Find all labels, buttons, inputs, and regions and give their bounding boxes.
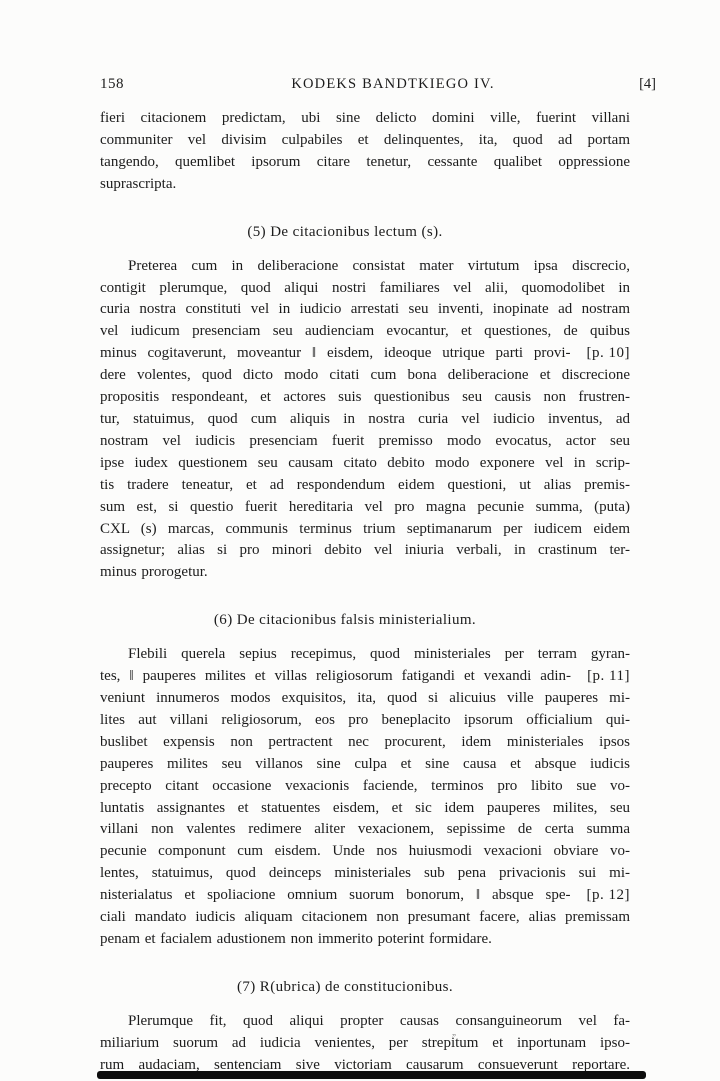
paragraph: Flebili querela sepius recepimus, quod m… — [100, 644, 630, 951]
text-line-content: penam et facialem adustionem non immerit… — [100, 929, 630, 951]
text-line-content: Preterea cum in deliberacione consistat … — [100, 256, 630, 278]
text-line: assignetur; alias si pro minori debito v… — [100, 540, 630, 562]
text-line-content: Flebili querela sepius recepimus, quod m… — [100, 644, 630, 666]
page-reference: [p. 10] — [587, 343, 631, 365]
text-line-content: tis tradere teneatur, et ad respondendum… — [100, 475, 630, 497]
text-line-content: tes, ‖ pauperes milites et villas religi… — [100, 666, 587, 688]
page-header: 158 KODEKS BANDTKIEGO IV. [4] — [100, 76, 656, 93]
text-line-content: propositis respondeant, et actores suis … — [100, 387, 630, 409]
text-line-content: fieri citacionem predictam, ubi sine del… — [100, 108, 630, 130]
text-line: ipse iudex questionem seu causam citato … — [100, 453, 630, 475]
text-line: tur, statuimus, quod cum aliquis in nost… — [100, 409, 630, 431]
text-line: nisterialatus et spoliacione omnium suor… — [100, 885, 630, 907]
text-line-content: nostram vel iudicis presenciam fuerit pr… — [100, 431, 630, 453]
text-line: tes, ‖ pauperes milites et villas religi… — [100, 666, 630, 688]
text-line-content: sum est, si questio fuerit hereditaria v… — [100, 497, 630, 519]
text-line-content: lites aut villani religiosorum, eos pro … — [100, 710, 630, 732]
text-line: miliarium suorum ad iudicia venientes, p… — [100, 1033, 630, 1055]
text-line-content: dere volentes, quod dicto modo citati cu… — [100, 365, 630, 387]
text-line: lentes, statuimus, quod deinceps ministe… — [100, 863, 630, 885]
folio-mark: [4] — [596, 76, 656, 93]
text-line: tangendo, quemlibet ipsorum citare tenet… — [100, 152, 630, 174]
section-heading: (6) De citacionibus falsis ministerialiu… — [100, 609, 590, 631]
text-line-content: tangendo, quemlibet ipsorum citare tenet… — [100, 152, 630, 174]
text-line-content: pauperes milites seu villanos sine culpa… — [100, 754, 630, 776]
section-heading: (5) De citacionibus lectum (s). — [100, 221, 590, 243]
text-line-content: precepto citant occasione vexacionis fac… — [100, 776, 630, 798]
text-line-content: luntatis assignantes et statuentes eisde… — [100, 798, 630, 820]
text-line: buslibet expensis non pertractent nec pr… — [100, 732, 630, 754]
text-line: Preterea cum in deliberacione consistat … — [100, 256, 630, 278]
text-line-content: CXL (s) marcas, communis terminus trium … — [100, 519, 630, 541]
text-line: propositis respondeant, et actores suis … — [100, 387, 630, 409]
scan-speck: „ — [452, 1030, 458, 1035]
text-line-content: nisterialatus et spoliacione omnium suor… — [100, 885, 587, 907]
text-line-content: lentes, statuimus, quod deinceps ministe… — [100, 863, 630, 885]
text-line: luntatis assignantes et statuentes eisde… — [100, 798, 630, 820]
text-line-content: veniunt innumeros modos exquisitos, ita,… — [100, 688, 630, 710]
text-line-content: villani non valentes redimere aliter vex… — [100, 819, 630, 841]
text-line: veniunt innumeros modos exquisitos, ita,… — [100, 688, 630, 710]
section-heading: (7) R(ubrica) de constitucionibus. — [100, 976, 590, 998]
text-line: minus cogitaverunt, moveantur ‖ eisdem, … — [100, 343, 630, 365]
text-body: fieri citacionem predictam, ubi sine del… — [100, 108, 630, 1077]
text-line: tis tradere teneatur, et ad respondendum… — [100, 475, 630, 497]
text-line: Plerumque fit, quod aliqui propter causa… — [100, 1011, 630, 1033]
text-line: precepto citant occasione vexacionis fac… — [100, 776, 630, 798]
text-line: ciali mandato iudicis aliquam citacionem… — [100, 907, 630, 929]
text-line: CXL (s) marcas, communis terminus trium … — [100, 519, 630, 541]
text-line-content: tur, statuimus, quod cum aliquis in nost… — [100, 409, 630, 431]
running-title: KODEKS BANDTKIEGO IV. — [190, 76, 596, 93]
text-line: penam et facialem adustionem non immerit… — [100, 929, 630, 951]
text-line: villani non valentes redimere aliter vex… — [100, 819, 630, 841]
page-reference: [p. 11] — [587, 666, 630, 688]
text-line: lites aut villani religiosorum, eos pro … — [100, 710, 630, 732]
text-line: dere volentes, quod dicto modo citati cu… — [100, 365, 630, 387]
paragraph: Preterea cum in deliberacione consistat … — [100, 256, 630, 585]
text-line-content: ipse iudex questionem seu causam citato … — [100, 453, 630, 475]
page-reference: [p. 12] — [587, 885, 631, 907]
text-line-content: suprascripta. — [100, 174, 630, 196]
text-line: contigit plerumque, quod aliqui nostri f… — [100, 278, 630, 300]
text-line-content: contigit plerumque, quod aliqui nostri f… — [100, 278, 630, 300]
text-line: fieri citacionem predictam, ubi sine del… — [100, 108, 630, 130]
text-line: nostram vel iudicis presenciam fuerit pr… — [100, 431, 630, 453]
scan-artifact-bar — [97, 1071, 646, 1079]
text-line-content: vel iudicum presenciam seu audienciam ev… — [100, 321, 630, 343]
text-line: pauperes milites seu villanos sine culpa… — [100, 754, 630, 776]
text-line-content: pecunie componunt cum eisdem. Unde nos h… — [100, 841, 630, 863]
text-line-content: minus cogitaverunt, moveantur ‖ eisdem, … — [100, 343, 587, 365]
paragraph: fieri citacionem predictam, ubi sine del… — [100, 108, 630, 196]
text-line: pecunie componunt cum eisdem. Unde nos h… — [100, 841, 630, 863]
text-line: communiter vel divisim culpabiles et del… — [100, 130, 630, 152]
text-line-content: communiter vel divisim culpabiles et del… — [100, 130, 630, 152]
text-line-content: curia nostra constituti vel in iudicio a… — [100, 299, 630, 321]
scanned-book-page: 158 KODEKS BANDTKIEGO IV. [4] fieri cita… — [0, 0, 720, 1081]
text-line: minus prorogetur. — [100, 562, 630, 584]
page-number: 158 — [100, 76, 190, 93]
paragraph: Plerumque fit, quod aliqui propter causa… — [100, 1011, 630, 1077]
text-line: Flebili querela sepius recepimus, quod m… — [100, 644, 630, 666]
text-line-content: Plerumque fit, quod aliqui propter causa… — [100, 1011, 630, 1033]
text-line-content: miliarium suorum ad iudicia venientes, p… — [100, 1033, 630, 1055]
text-line: sum est, si questio fuerit hereditaria v… — [100, 497, 630, 519]
text-line-content: minus prorogetur. — [100, 562, 630, 584]
text-line: suprascripta. — [100, 174, 630, 196]
text-line: vel iudicum presenciam seu audienciam ev… — [100, 321, 630, 343]
text-line: curia nostra constituti vel in iudicio a… — [100, 299, 630, 321]
text-line-content: ciali mandato iudicis aliquam citacionem… — [100, 907, 630, 929]
text-line-content: assignetur; alias si pro minori debito v… — [100, 540, 630, 562]
text-line-content: buslibet expensis non pertractent nec pr… — [100, 732, 630, 754]
